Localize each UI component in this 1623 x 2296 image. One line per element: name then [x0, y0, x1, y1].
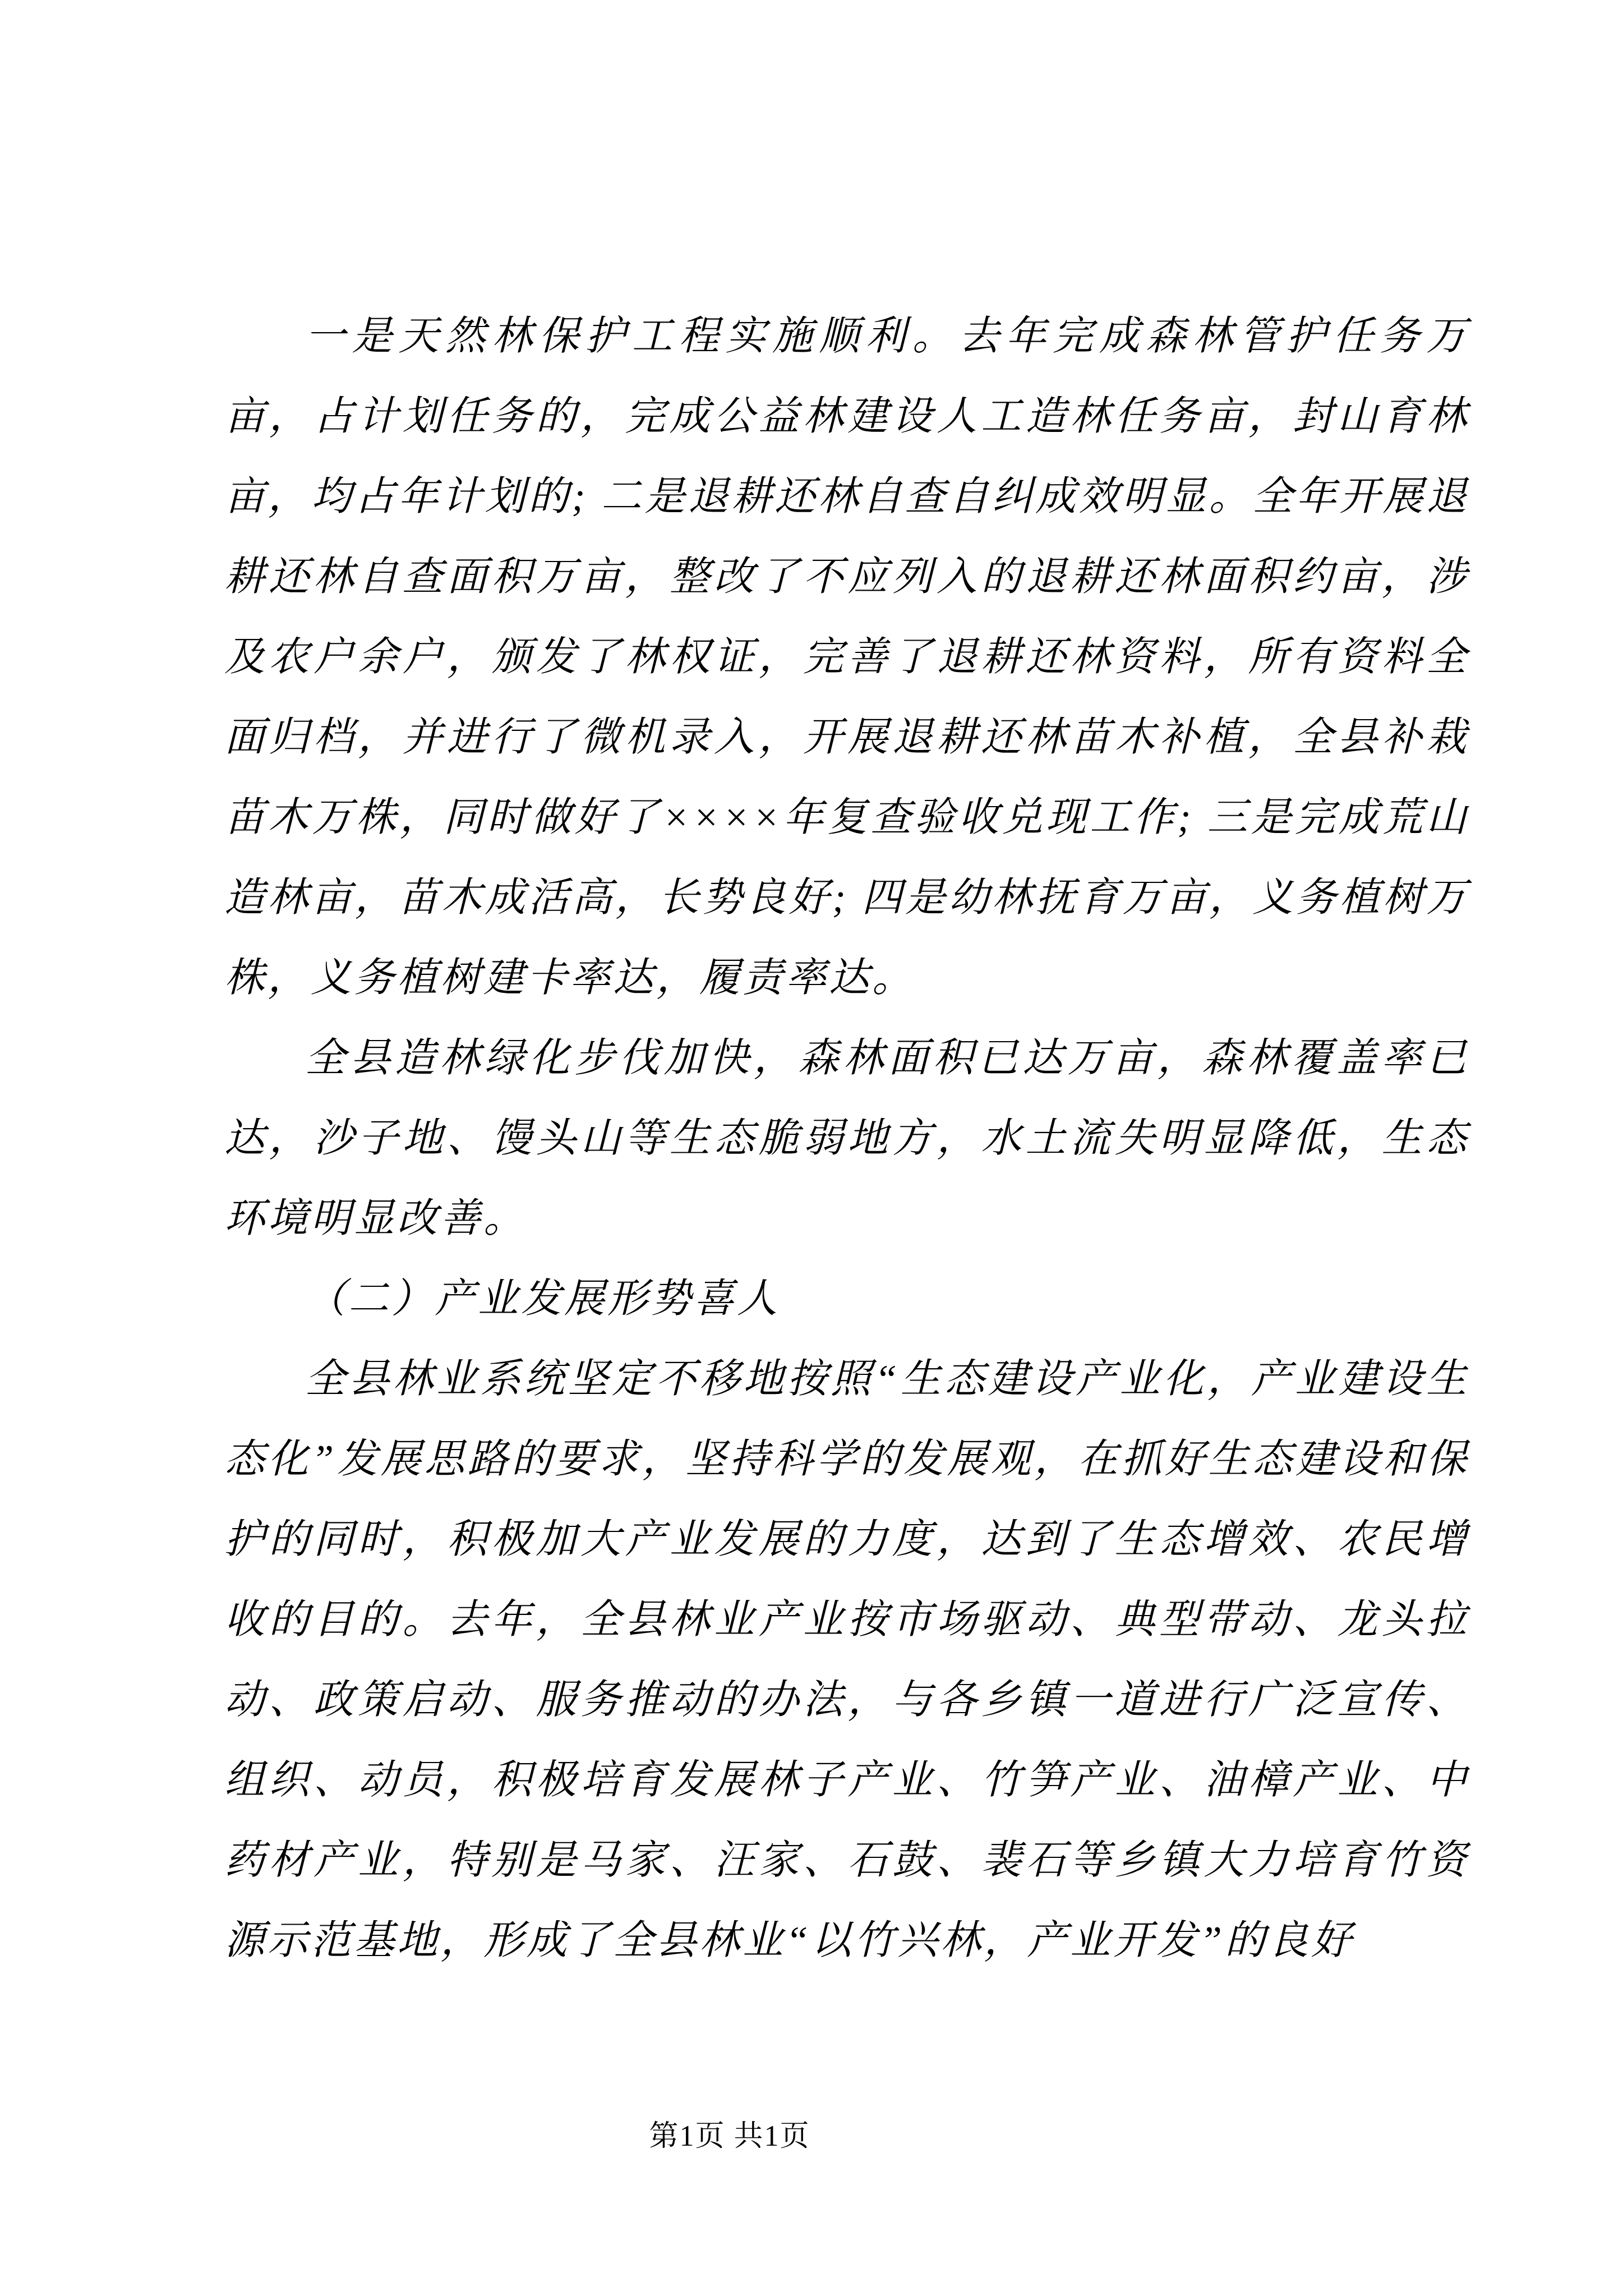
page-footer: 第1页 共1页: [0, 2119, 1623, 2154]
body-paragraph: 全县造林绿化步伐加快，森林面积已达万亩，森林覆盖率已达，沙子地、馒头山等生态脆弱…: [224, 1018, 1469, 1259]
document-page: 一是天然林保护工程实施顺利。去年完成森林管护任务万亩，占计划任务的，完成公益林建…: [0, 0, 1623, 2296]
section-heading: （二）产业发展形势喜人: [224, 1259, 1469, 1339]
page-number: 第1页 共1页: [649, 2120, 810, 2152]
body-paragraph: 全县林业系统坚定不移地按照“生态建设产业化，产业建设生态化”发展思路的要求，坚持…: [224, 1339, 1469, 1981]
document-body: 一是天然林保护工程实施顺利。去年完成森林管护任务万亩，占计划任务的，完成公益林建…: [224, 296, 1469, 1981]
body-paragraph: 一是天然林保护工程实施顺利。去年完成森林管护任务万亩，占计划任务的，完成公益林建…: [224, 296, 1469, 1018]
